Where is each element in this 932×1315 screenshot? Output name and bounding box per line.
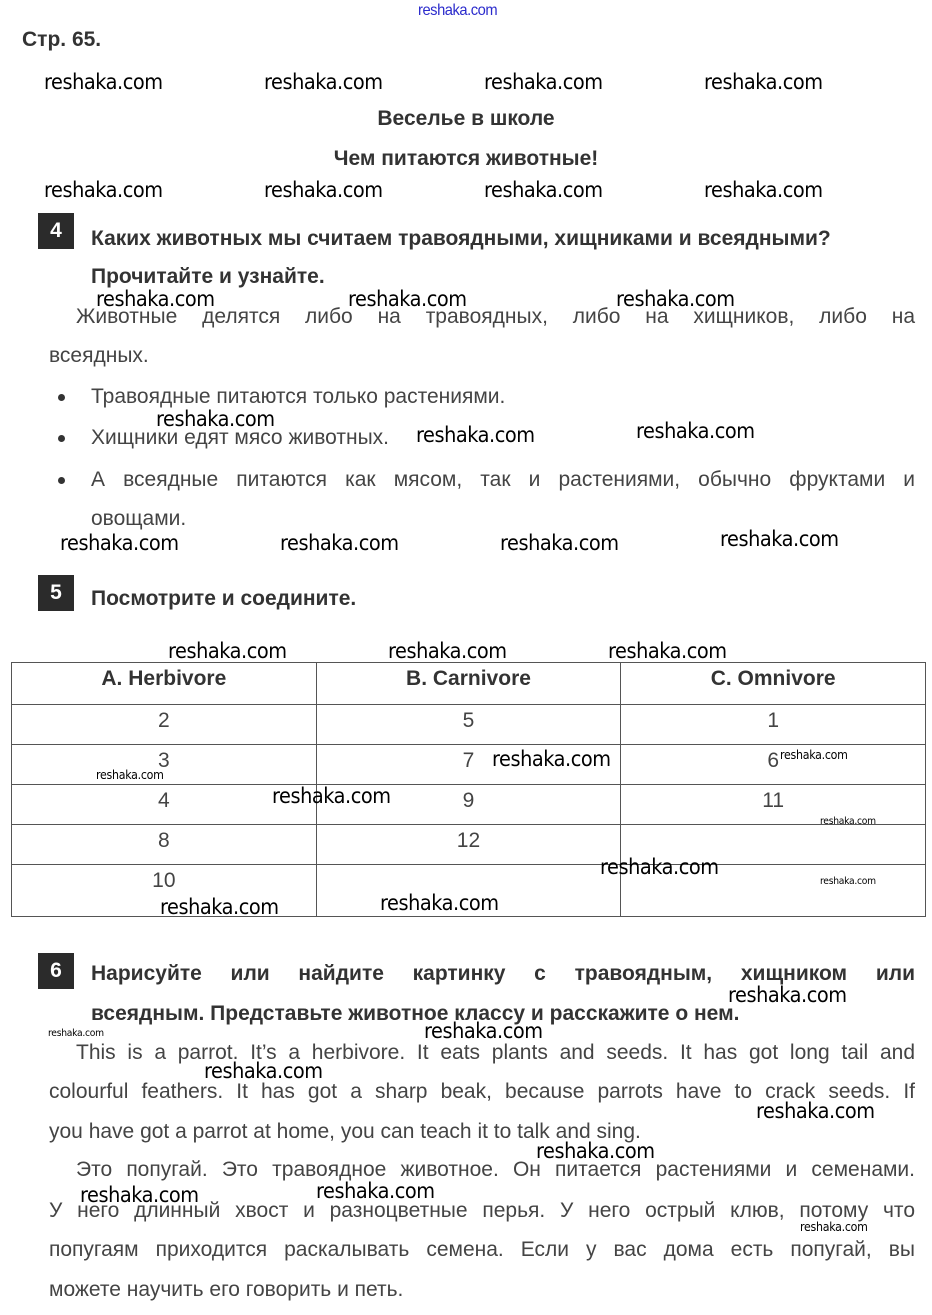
header-herbivore: A. Herbivore [12,663,317,705]
watermark: reshaka.com [820,876,876,887]
watermark: reshaka.com [608,639,727,663]
table-cell: 2 [12,705,317,745]
russian-text-line: Это попугай. Это травоядное животное. Он… [76,1158,915,1182]
bullet-icon [58,435,65,442]
watermark: reshaka.com [280,531,399,555]
watermark: reshaka.com [44,178,163,202]
watermark: reshaka.com [484,70,603,94]
header-carnivore: B. Carnivore [316,663,621,705]
watermark: reshaka.com [500,531,619,555]
task4-intro-line1: Животные делятся либо на травоядных, либ… [76,305,915,329]
section-title: Веселье в школе [0,107,932,131]
table-cell: 3 [12,745,317,785]
matching-table: A. Herbivore B. Carnivore C. Omnivore 2 … [11,662,926,917]
task4-intro-line2: всеядных. [49,344,149,368]
watermark: reshaka.com [96,768,164,782]
table-cell: 4 [12,785,317,825]
watermark: reshaka.com [756,1099,875,1123]
bullet-item: Хищники едят мясо животных. [91,426,389,450]
watermark: reshaka.com [600,855,719,879]
watermark: reshaka.com [720,527,839,551]
task4-title: Каких животных мы считаем травоядными, х… [91,227,915,251]
russian-text-line: попугаям приходится раскалывать семена. … [49,1238,915,1262]
watermark: reshaka.com [380,891,499,915]
site-header-link[interactable]: reshaka.com [418,2,497,20]
watermark: reshaka.com [704,178,823,202]
watermark: reshaka.com [168,639,287,663]
watermark: reshaka.com [780,748,848,762]
watermark: reshaka.com [388,639,507,663]
task5-title: Посмотрите и соедините. [91,587,356,611]
table-cell: 1 [621,705,926,745]
table-cell: 5 [316,705,621,745]
watermark: reshaka.com [492,747,611,771]
watermark: reshaka.com [44,70,163,94]
bullet-item: А всеядные питаются как мясом, так и рас… [91,468,915,492]
table-header-row: A. Herbivore B. Carnivore C. Omnivore [12,663,926,705]
task6-title-line2: всеядным. Представьте животное классу и … [91,1002,739,1026]
watermark: reshaka.com [264,178,383,202]
watermark: reshaka.com [800,1220,868,1234]
table-row: 8 12 [12,825,926,865]
task-number-badge: 4 [38,213,74,249]
task4-subtitle: Прочитайте и узнайте. [91,265,325,289]
watermark: reshaka.com [820,816,876,827]
watermark: reshaka.com [160,895,279,919]
header-omnivore: C. Omnivore [621,663,926,705]
watermark: reshaka.com [484,178,603,202]
watermark: reshaka.com [416,423,535,447]
table-cell: 12 [316,825,621,865]
table-cell: 8 [12,825,317,865]
bullet-item-continued: овощами. [91,507,186,531]
task4-title-line1: Каких животных мы считаем травоядными, х… [91,227,831,251]
watermark: reshaka.com [48,1028,104,1039]
russian-text-line: можете научить его говорить и петь. [49,1278,403,1302]
bullet-item: Травоядные питаются только растениями. [91,385,505,409]
task-number-badge: 5 [38,575,74,611]
watermark: reshaka.com [636,419,755,443]
bullet-icon [58,394,65,401]
watermark: reshaka.com [728,983,847,1007]
russian-text-line: У него длинный хвост и разноцветные перь… [49,1199,915,1223]
watermark: reshaka.com [264,70,383,94]
watermark: reshaka.com [60,531,179,555]
page-number: Стр. 65. [22,28,101,52]
table-cell: 6 [621,745,926,785]
table-row: 2 5 1 [12,705,926,745]
task-number-badge: 6 [38,953,74,989]
watermark: reshaka.com [272,784,391,808]
bullet-icon [58,477,65,484]
lesson-title: Чем питаются животные! [0,147,932,171]
table-row: 4 9 11 [12,785,926,825]
table-cell: 11 [621,785,926,825]
english-text-line: This is a parrot. It’s a herbivore. It e… [76,1041,915,1065]
watermark: reshaka.com [424,1019,543,1043]
watermark: reshaka.com [704,70,823,94]
